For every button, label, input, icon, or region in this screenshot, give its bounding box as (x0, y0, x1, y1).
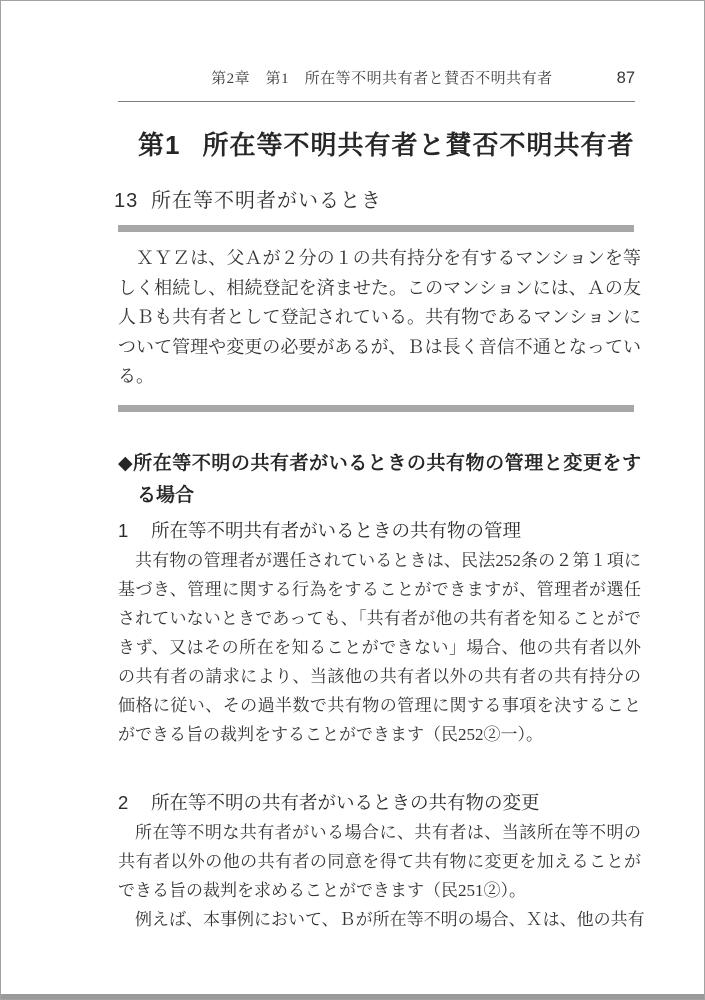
running-header-title: 第2章 第1 所在等不明共有者と賛否不明共有者 (211, 67, 553, 88)
book-page: 第2章 第1 所在等不明共有者と賛否不明共有者 87 第1所在等不明共有者と賛否… (0, 0, 705, 1000)
case-box-bottom-rule (118, 405, 634, 412)
subsection-1-body: 共有物の管理者が選任されているときは、民法252条の２第１項に基づき、管理に関す… (118, 546, 641, 749)
page-number: 87 (617, 69, 635, 88)
header-rule (118, 101, 635, 102)
subsection-2-body-paragraph-1: 所在等不明な共有者がいる場合に、共有者は、当該所在等不明の共有者以外の他の共有者… (118, 818, 641, 905)
commentary-heading: ◆所在等不明の共有者がいるときの共有物の管理と変更をする場合 (118, 448, 641, 512)
subsection-2-title: 所在等不明の共有者がいるときの共有物の変更 (151, 792, 540, 813)
section-title: 第1所在等不明共有者と賛否不明共有者 (138, 125, 634, 162)
section-title-text: 所在等不明共有者と賛否不明共有者 (202, 130, 634, 160)
subsection-1-heading: 1所在等不明共有者がいるときの共有物の管理 (118, 516, 641, 546)
task-title: 所在等不明者がいるとき (151, 190, 382, 212)
subsection-1-number: 1 (118, 516, 151, 546)
page-bottom-edge (1, 994, 705, 999)
commentary-heading-text: 所在等不明の共有者がいるときの共有物の管理と変更をする場合 (133, 453, 641, 506)
subsection-2-body-paragraph-2: 例えば、本事例において、Ｂが所在等不明の場合、Ｘは、他の共有 (118, 905, 641, 934)
case-box-top-rule (118, 225, 634, 232)
task-heading: 13所在等不明者がいるとき (114, 184, 382, 213)
subsection-2-number: 2 (118, 788, 151, 818)
running-header: 第2章 第1 所在等不明共有者と賛否不明共有者 87 (118, 67, 635, 88)
section-title-number: 第1 (138, 130, 180, 160)
task-number: 13 (114, 190, 151, 213)
case-box-text: ＸＹＺは、父Ａが２分の１の共有持分を有するマンションを等しく相続し、相続登記を済… (118, 244, 641, 392)
commentary-section: ◆所在等不明の共有者がいるときの共有物の管理と変更をする場合 1所在等不明共有者… (118, 448, 641, 934)
subsection-2-heading: 2所在等不明の共有者がいるときの共有物の変更 (118, 788, 641, 818)
diamond-icon: ◆ (118, 453, 133, 474)
subsection-1-title: 所在等不明共有者がいるときの共有物の管理 (151, 520, 521, 541)
